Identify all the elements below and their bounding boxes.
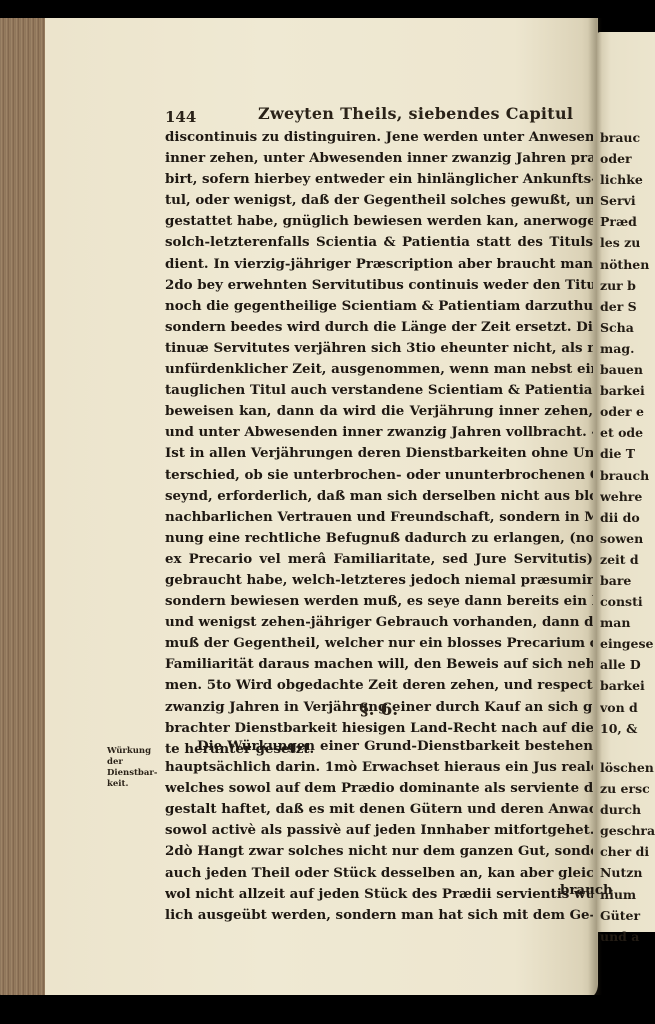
text-line: seynd, erforderlich, daß man sich dersel…: [165, 486, 593, 507]
text-line: et ode: [600, 422, 655, 443]
text-line: brauc: [600, 127, 655, 148]
text-line: oder e: [600, 401, 655, 422]
text-line: auch jeden Theil oder Stück desselben an…: [165, 863, 593, 884]
text-line: lich ausgeübt werden, sondern man hat si…: [165, 905, 593, 926]
text-line: cher di: [600, 841, 655, 862]
text-line: nung eine rechtliche Befugnuß dadurch zu…: [165, 528, 593, 549]
text-line: inner zehen, unter Abwesenden inner zwan…: [165, 148, 593, 169]
text-line: consti: [600, 591, 655, 612]
text-line: gebraucht habe, welch-letzteres jedoch n…: [165, 570, 593, 591]
background-bottom: [0, 995, 655, 1024]
text-line: und wenigst zehen-jähriger Gebrauch vorh…: [165, 612, 593, 633]
text-line: zur b: [600, 275, 655, 296]
text-line: löschen: [600, 757, 655, 778]
text-line: solch-letzterenfalls Scientia & Patienti…: [165, 232, 593, 253]
text-line: tauglichen Titul auch verstandene Scient…: [165, 380, 593, 401]
text-line: sowen: [600, 528, 655, 549]
text-line: hauptsächlich darin. 1mò Erwachset hiera…: [165, 757, 593, 778]
text-line: les zu: [600, 232, 655, 253]
text-line: geschra: [600, 820, 655, 841]
text-line: Familiarität daraus machen will, den Bew…: [165, 654, 593, 675]
text-line: von d: [600, 697, 655, 718]
text-line: durch: [600, 799, 655, 820]
text-line: tul, oder wenigst, daß der Gegentheil so…: [165, 190, 593, 211]
right-page-text-top: braucoderlichkeServiPrædles zunöthenzur …: [600, 127, 655, 739]
text-line: terschied, ob sie unterbrochen- oder unu…: [165, 465, 593, 486]
margin-note-line: keit.: [107, 779, 167, 790]
text-line: Güter: [600, 905, 655, 926]
text-line: barkei: [600, 380, 655, 401]
text-line: bauen: [600, 359, 655, 380]
text-line: beweisen kan, dann da wird die Verjährun…: [165, 401, 593, 422]
text-line: gestattet habe, gnüglich bewiesen werden…: [165, 211, 593, 232]
text-line: discontinuis zu distinguiren. Jene werde…: [165, 127, 593, 148]
text-line: Nutzn: [600, 862, 655, 883]
text-line: zu ersc: [600, 778, 655, 799]
text-line: sondern bewiesen werden muß, es seye dan…: [165, 591, 593, 612]
section-heading: §. 6.: [165, 700, 593, 720]
text-line: 2dò Hangt zwar solches nicht nur dem gan…: [165, 841, 593, 862]
text-line: dient. In vierzig-jähriger Præscription …: [165, 254, 593, 275]
text-line: zeit d: [600, 549, 655, 570]
text-line: man: [600, 612, 655, 633]
text-line: men. 5to Wird obgedachte Zeit deren zehe…: [165, 675, 593, 696]
text-line: Præd: [600, 211, 655, 232]
text-line: wehre: [600, 486, 655, 507]
text-line: lichke: [600, 169, 655, 190]
text-line: unfürdenklicher Zeit, ausgenommen, wenn …: [165, 359, 593, 380]
text-line: gestalt haftet, daß es mit denen Gütern …: [165, 799, 593, 820]
text-line: 10, &: [600, 718, 655, 739]
text-line: Servi: [600, 190, 655, 211]
text-line: sondern beedes wird durch die Länge der …: [165, 317, 593, 338]
text-line: Scha: [600, 317, 655, 338]
text-line: nium: [600, 884, 655, 905]
text-line: nöthen: [600, 254, 655, 275]
text-line: brauch: [600, 465, 655, 486]
text-line: muß der Gegentheil, welcher nur ein blos…: [165, 633, 593, 654]
text-line: welches sowol auf dem Prædio dominante a…: [165, 778, 593, 799]
text-line: bare: [600, 570, 655, 591]
text-line: eingese: [600, 633, 655, 654]
text-line: 2do bey erwehnten Servitutibus continuis…: [165, 275, 593, 296]
running-head: 144 Zweyten Theils, siebendes Capitul: [165, 104, 595, 128]
text-line: Die Würkungen einer Grund-Dienstbarkeit …: [165, 736, 593, 757]
text-line: oder: [600, 148, 655, 169]
paragraph-1: discontinuis zu distinguiren. Jene werde…: [165, 127, 593, 760]
right-page-text-bottom: löschenzu erscdurchgeschracher diNutznni…: [600, 757, 655, 947]
running-head-title: Zweyten Theils, siebendes Capitul: [258, 104, 573, 123]
margin-note-line: Würkung der: [107, 746, 167, 768]
text-line: nachbarlichen Vertrauen und Freundschaft…: [165, 507, 593, 528]
text-line: barkei: [600, 675, 655, 696]
book-page-edges: [0, 18, 46, 998]
text-line: tinuæ Servitutes verjähren sich 3tio ehe…: [165, 338, 593, 359]
text-line: die T: [600, 443, 655, 464]
text-line: mag.: [600, 338, 655, 359]
text-line: ex Precario vel merâ Familiaritate, sed …: [165, 549, 593, 570]
margin-note: Würkung derDienstbar-keit.: [107, 746, 167, 790]
text-line: dii do: [600, 507, 655, 528]
text-line: und a: [600, 926, 655, 947]
text-line: alle D: [600, 654, 655, 675]
text-line: sowol activè als passivè auf jeden Innha…: [165, 820, 593, 841]
paragraph-2: Die Würkungen einer Grund-Dienstbarkeit …: [165, 736, 593, 926]
page-number: 144: [165, 108, 196, 126]
text-line: und unter Abwesenden inner zwanzig Jahre…: [165, 422, 593, 443]
text-line: noch die gegentheilige Scientiam & Patie…: [165, 296, 593, 317]
text-line: wol nicht allzeit auf jeden Stück des Pr…: [165, 884, 593, 905]
text-line: Ist in allen Verjährungen deren Dienstba…: [165, 443, 593, 464]
margin-note-line: Dienstbar-: [107, 768, 167, 779]
text-line: der S: [600, 296, 655, 317]
text-line: birt, sofern hierbey entweder ein hinlän…: [165, 169, 593, 190]
